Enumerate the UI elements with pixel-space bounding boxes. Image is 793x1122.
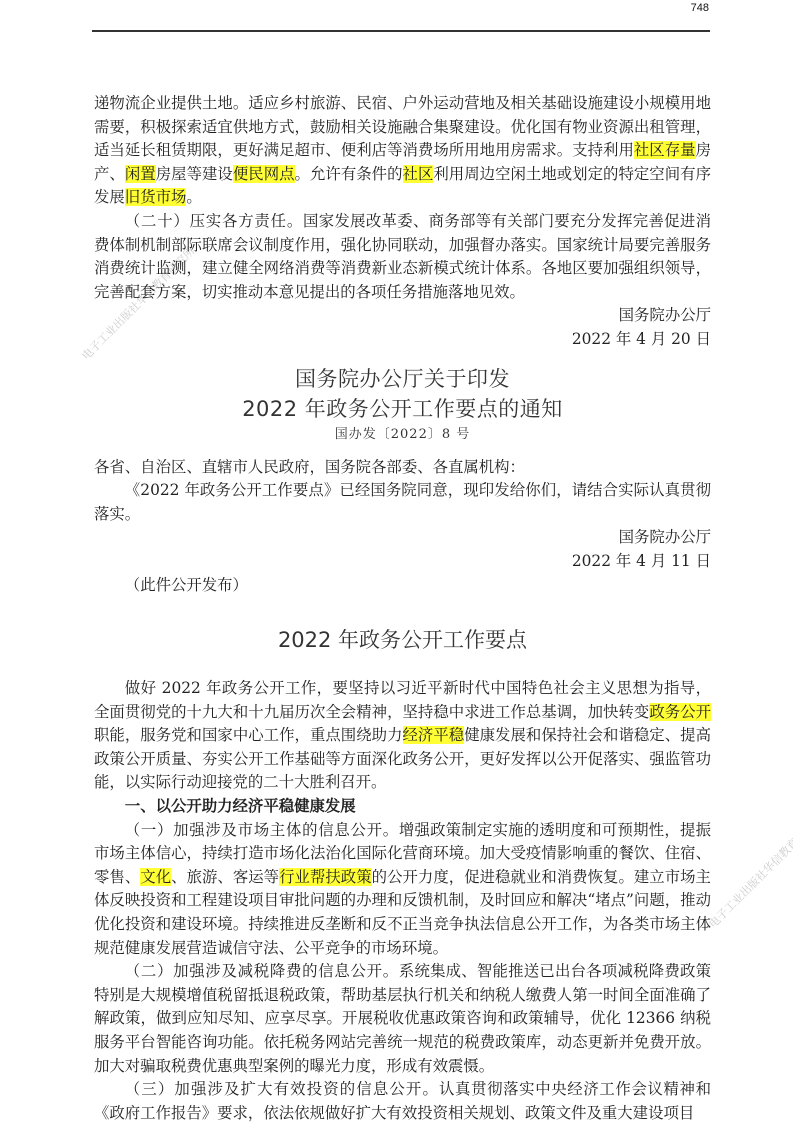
- highlight: 便民网点: [233, 165, 295, 183]
- paragraph-supply-land: 递物流企业提供土地。适应乡村旅游、民宿、户外运动营地及相关基础设施建设小规模用地…: [94, 92, 711, 210]
- paragraph-responsibility: （二十）压实各方责任。国家发展改革委、商务部等有关部门要充分发挥完善促进消费体制…: [94, 210, 711, 304]
- highlight: 闲置: [125, 165, 156, 183]
- highlight: 文化: [140, 868, 171, 886]
- document-body: 递物流企业提供土地。适应乡村旅游、民宿、户外运动营地及相关基础设施建设小规模用地…: [94, 92, 711, 1122]
- key-points-title: 2022 年政务公开工作要点: [94, 625, 711, 655]
- signature-notice: 国务院办公厅: [94, 526, 711, 550]
- item-lead: （二十）压实各方责任。: [125, 212, 303, 230]
- item-lead: （二）加强涉及减税降费的信息公开。: [125, 962, 399, 980]
- date-notice: 2022 年 4 月 11 日: [94, 550, 711, 574]
- paragraph-item-2: （二）加强涉及减税降费的信息公开。系统集成、智能推送已出台各项减税降费政策特别是…: [94, 960, 711, 1078]
- paragraph-item-3: （三）加强涉及扩大有效投资的信息公开。认真贯彻落实中央经济工作会议精神和《政府工…: [94, 1078, 711, 1122]
- addressee: 各省、自治区、直辖市人民政府，国务院各部委、各直属机构：: [94, 456, 711, 480]
- highlight: 经济平稳: [403, 726, 465, 744]
- highlight: 行业帮扶政策: [279, 868, 372, 886]
- notice-body: 《2022 年政务公开工作要点》已经国务院同意，现印发给你们，请结合实际认真贯彻…: [94, 479, 711, 526]
- highlight: 社区存量: [634, 141, 696, 159]
- notice-title-line1: 国务院办公厅关于印发: [94, 364, 711, 394]
- page-number: 748: [691, 2, 709, 14]
- heading-section-1: 一、以公开助力经济平稳健康发展: [94, 795, 711, 819]
- signature-prev: 国务院办公厅: [94, 304, 711, 328]
- highlight: 旧货市场: [125, 188, 187, 206]
- item-lead: （一）加强涉及市场主体的信息公开。: [125, 821, 399, 839]
- item-lead: （三）加强涉及扩大有效投资的信息公开。: [125, 1080, 439, 1098]
- notice-title-line2: 2022 年政务公开工作要点的通知: [94, 394, 711, 424]
- header-rule: [92, 30, 710, 32]
- highlight: 政务公开: [649, 703, 711, 721]
- paragraph-intro: 做好 2022 年政务公开工作，要坚持以习近平新时代中国特色社会主义思想为指导，…: [94, 677, 711, 795]
- date-prev: 2022 年 4 月 20 日: [94, 328, 711, 352]
- paragraph-item-1: （一）加强涉及市场主体的信息公开。增强政策制定实施的透明度和可预期性，提振市场主…: [94, 819, 711, 961]
- watermark-right: 电子工业出版社华信教育研究所: [705, 811, 793, 931]
- document-number: 国办发〔2022〕8 号: [94, 424, 711, 446]
- publish-note: （此件公开发布）: [94, 574, 711, 598]
- highlight: 社区: [403, 165, 434, 183]
